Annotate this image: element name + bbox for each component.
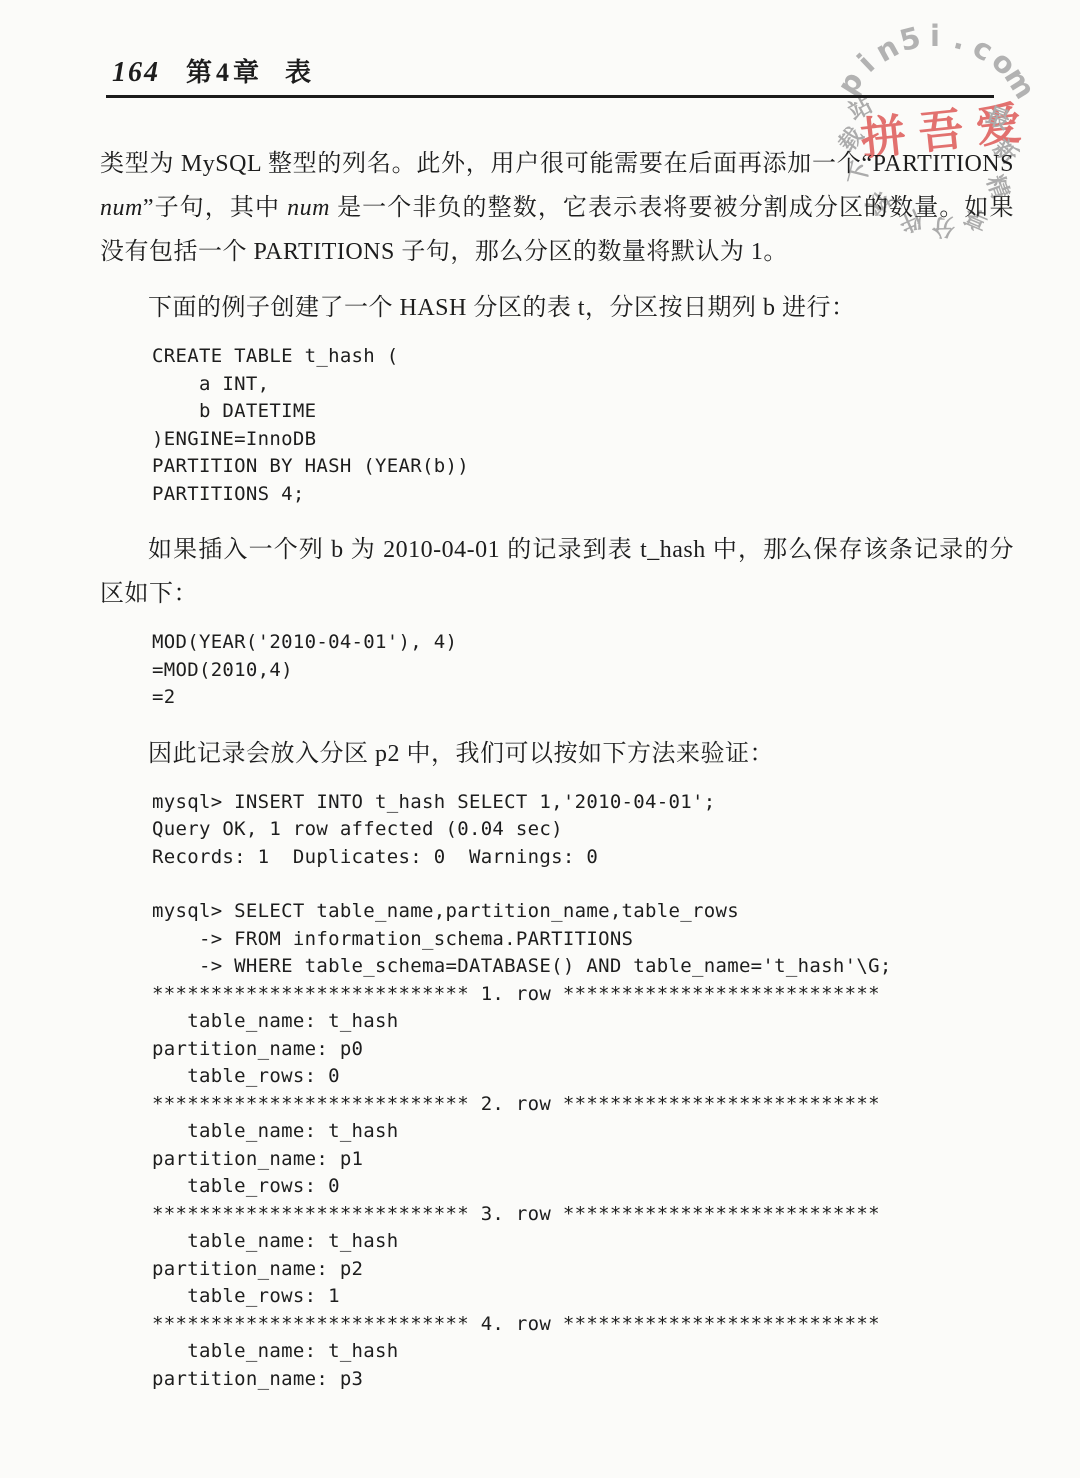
page-header: 164 第4章 表 xyxy=(112,52,1080,89)
code-block-select-partitions: mysql> SELECT table_name,partition_name,… xyxy=(152,898,1014,1393)
chapter-label: 第4章 xyxy=(186,52,263,89)
watermark-arc-letter: i xyxy=(930,19,940,53)
paragraph-partitions-num: 类型为 MySQL 整型的列名。此外，用户很可能需要在后面再添加一个“PARTI… xyxy=(100,142,1014,274)
paragraph-hash-example-intro: 下面的例子创建了一个 HASH 分区的表 t，分区按日期列 b 进行： xyxy=(100,286,1014,330)
book-page: 164 第4章 表 类型为 MySQL 整型的列名。此外，用户很可能需要在后面再… xyxy=(0,52,1080,1393)
paragraph-segment: ”子句，其中 xyxy=(143,195,287,221)
body-column: 类型为 MySQL 整型的列名。此外，用户很可能需要在后面再添加一个“PARTI… xyxy=(100,142,1014,1393)
paragraph-segment-italic: num xyxy=(100,195,143,221)
code-block-create-table: CREATE TABLE t_hash ( a INT, b DATETIME … xyxy=(152,343,1014,508)
page-number: 164 xyxy=(112,57,160,89)
code-block-insert-query: mysql> INSERT INTO t_hash SELECT 1,'2010… xyxy=(152,789,1014,872)
code-block-mod-calculation: MOD(YEAR('2010-04-01'), 4) =MOD(2010,4) … xyxy=(152,629,1014,712)
chapter-section-title: 表 xyxy=(285,52,311,89)
paragraph-segment: 类型为 MySQL 整型的列名。此外，用户很可能需要在后面再添加一个“PARTI… xyxy=(100,151,1014,177)
paragraph-segment-italic: num xyxy=(287,195,330,221)
paragraph-insert-explanation: 如果插入一个列 b 为 2010-04-01 的记录到表 t_hash 中，那么… xyxy=(100,528,1014,616)
paragraph-verify-intro: 因此记录会放入分区 p2 中，我们可以按如下方法来验证： xyxy=(100,732,1014,776)
header-rule xyxy=(106,95,994,98)
